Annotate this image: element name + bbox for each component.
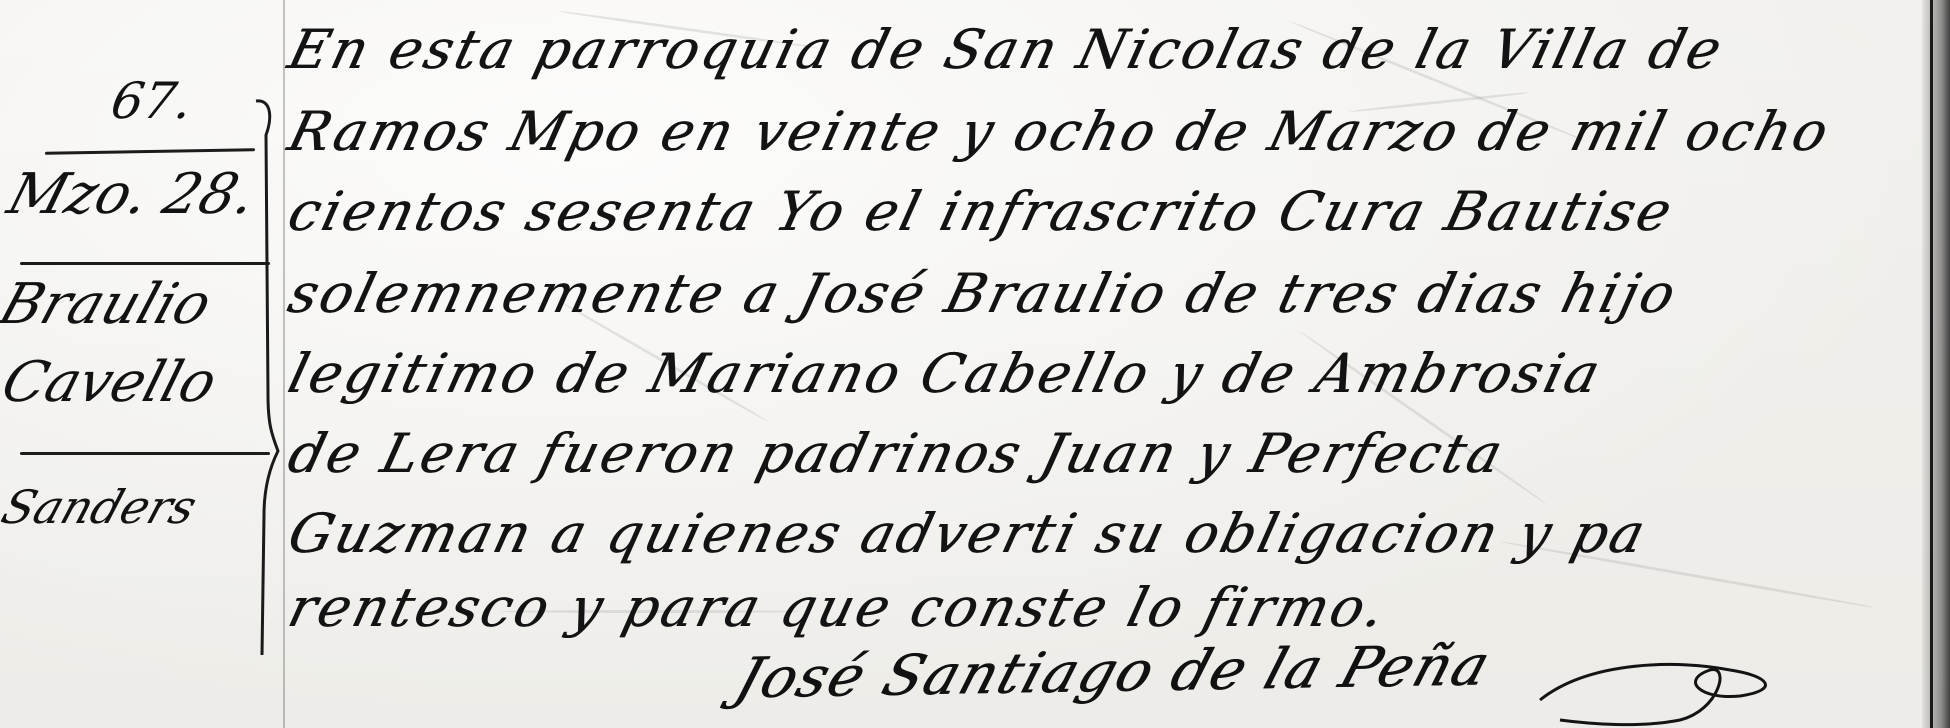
page-edge: [1922, 0, 1950, 728]
body-line-7: Guzman a quienes adverti su obligacion y…: [282, 502, 1654, 565]
body-line-2: Ramos Mpo en veinte y ocho de Marzo de m…: [282, 100, 1837, 163]
body-line-1: En esta parroquia de San Nicolas de la V…: [282, 18, 1730, 81]
body-line-3: cientos sesenta Yo el infrascrito Cura B…: [282, 180, 1680, 243]
priest-signature: José Santiago de la Peña: [728, 633, 1499, 711]
margin-column: 67. Mzo. 28. Braulio Cavello Sanders: [0, 0, 283, 728]
body-line-8: rentesco y para que conste lo firmo.: [282, 576, 1394, 639]
entry-number: 67.: [107, 72, 197, 130]
brace-icon: [250, 95, 280, 655]
margin-rule: [283, 0, 285, 728]
body-line-5: legitimo de Mariano Cabello y de Ambrosi…: [282, 342, 1608, 405]
signature-flourish-icon: [1530, 640, 1790, 728]
margin-annotation: Sanders: [0, 480, 204, 534]
margin-divider: [45, 148, 255, 155]
entry-date: Mzo. 28.: [1, 162, 264, 227]
margin-divider: [20, 452, 270, 455]
child-surname: Cavello: [0, 350, 224, 415]
child-first-name: Braulio: [0, 272, 219, 337]
register-page: 67. Mzo. 28. Braulio Cavello Sanders En …: [0, 0, 1950, 728]
margin-divider: [20, 262, 270, 265]
body-line-4: solemnemente a José Braulio de tres dias…: [282, 262, 1684, 325]
record-body: En esta parroquia de San Nicolas de la V…: [290, 0, 1920, 728]
body-line-6: de Lera fueron padrinos Juan y Perfecta: [282, 422, 1511, 485]
